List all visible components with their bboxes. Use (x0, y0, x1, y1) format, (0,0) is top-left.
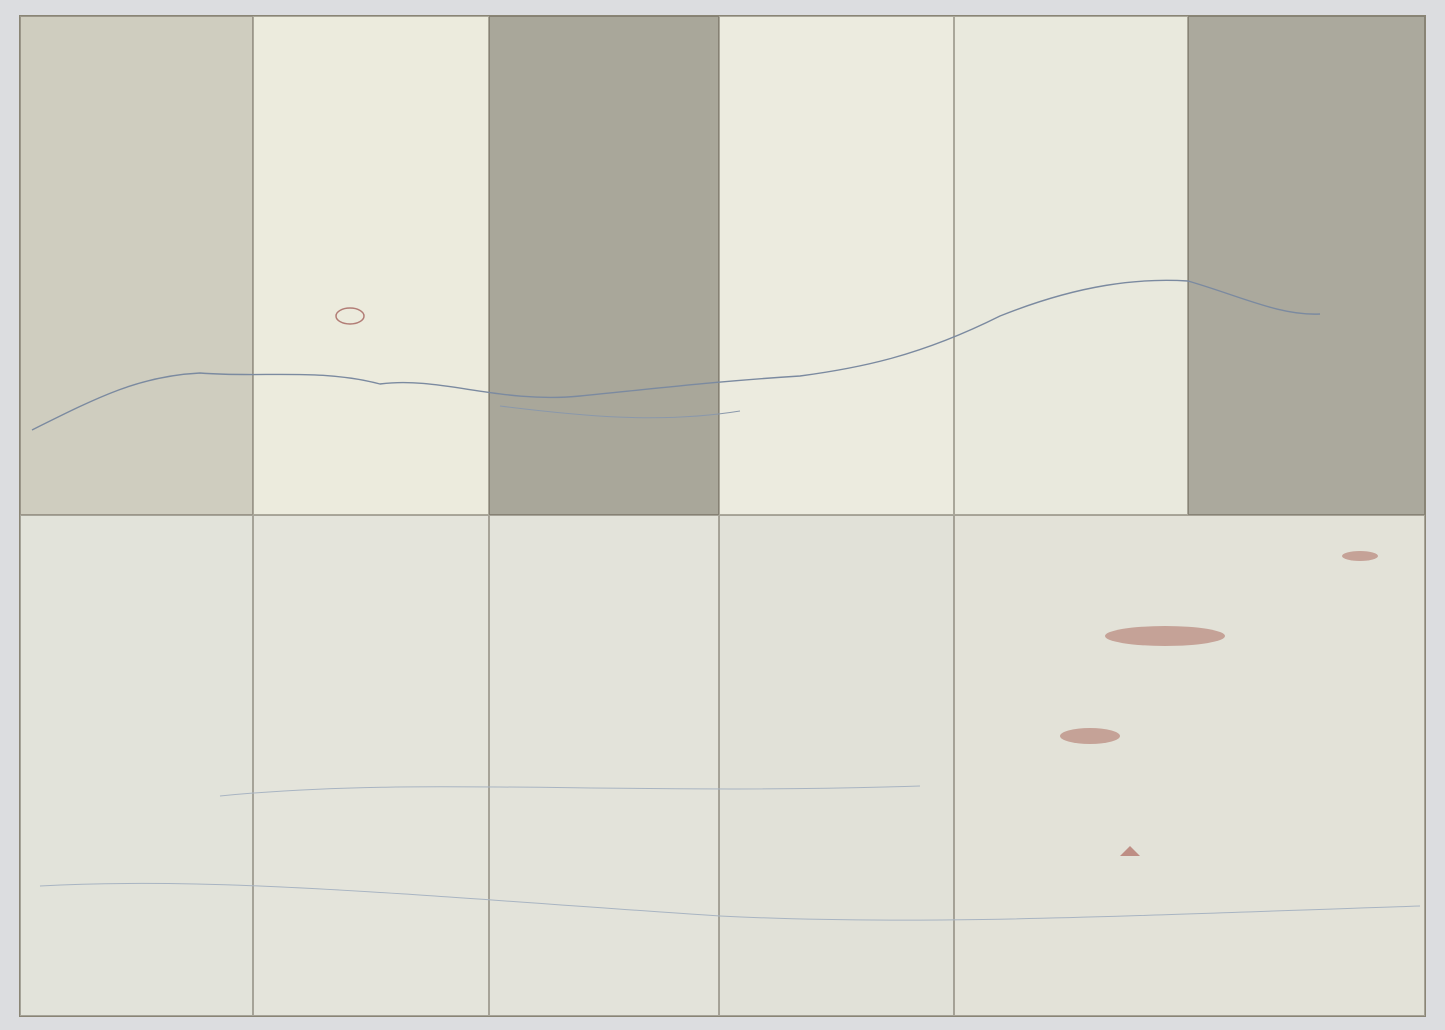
landscape-sketch (20, 16, 1425, 1016)
folded-paper-sheet (20, 16, 1425, 1016)
